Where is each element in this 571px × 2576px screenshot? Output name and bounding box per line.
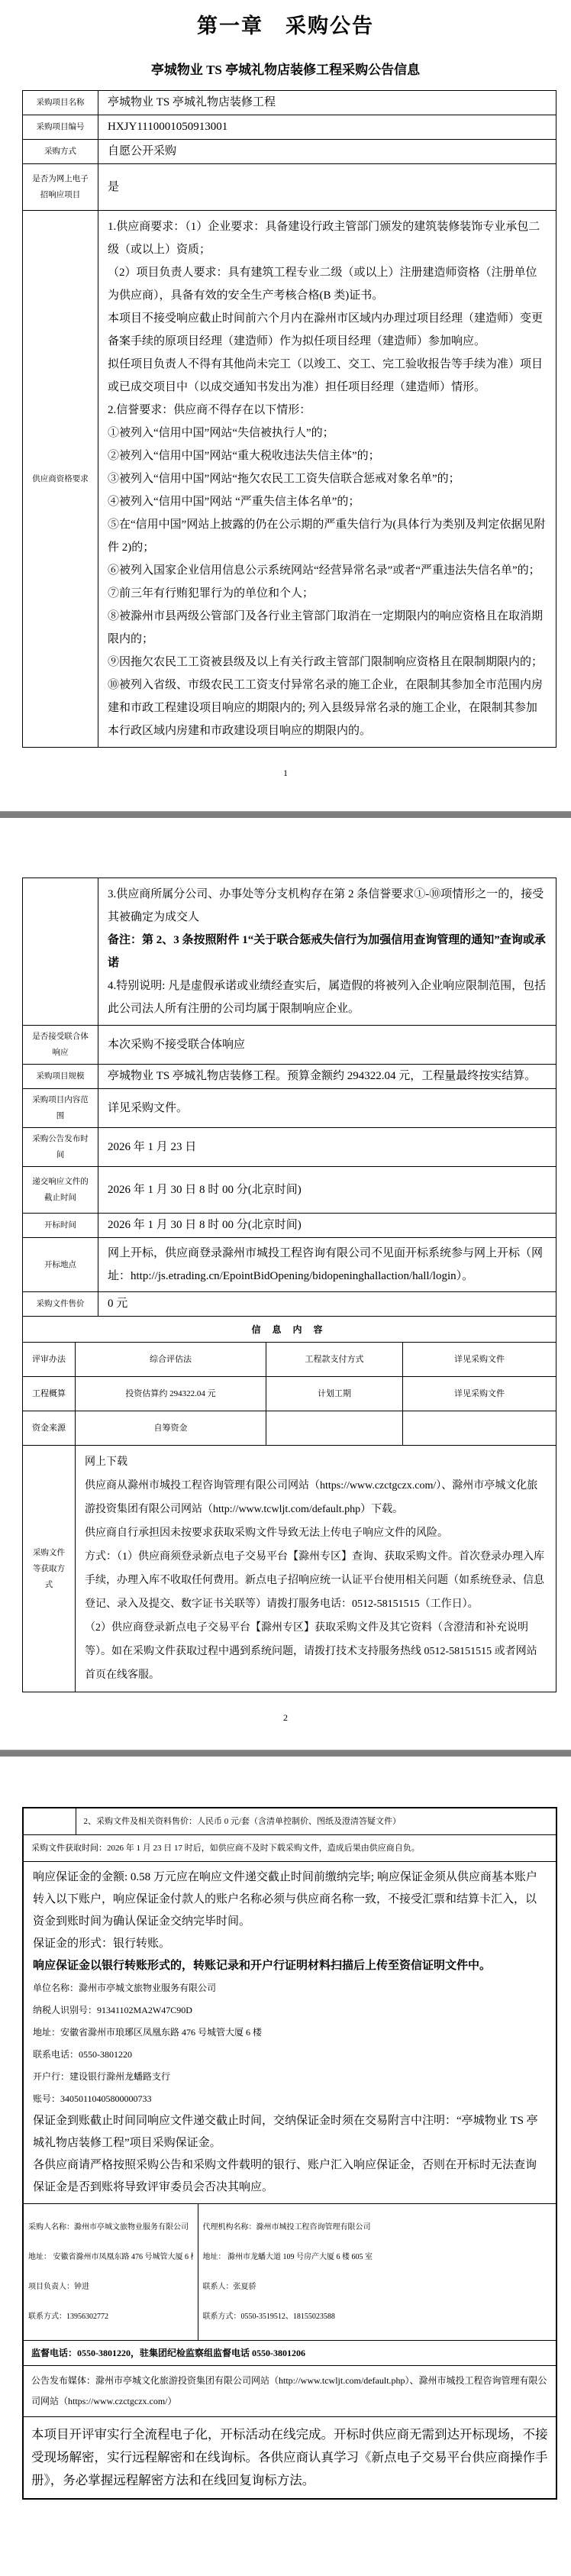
- row-value: HXJY1110001050913001: [98, 115, 556, 140]
- cell-value: 详见采购文件: [403, 1343, 556, 1377]
- row-label: 采购项目名称: [23, 91, 98, 115]
- para-deposit-upload: 响应保证金以银行转账形式的，转账记录和开户行证明材料扫描后上传至资信证明文件中。: [33, 1955, 547, 1977]
- para: ⑨因拖欠农民工工资被县级及以上有关行政主管部门限制响应资格且在限制期限内的；: [108, 651, 547, 674]
- announcement-info-table: 采购项目名称 亭城物业 TS 亭城礼物店装修工程 采购项目编号 HXJY1110…: [22, 90, 556, 748]
- para: （2）项目负责人要求：具有建筑工程专业二级（或以上）注册建造师资格（注册单位为供…: [108, 261, 547, 307]
- para-agency-phone: 联系方式：0550-3519512、18155023588: [203, 2306, 552, 2328]
- row-label: 供应商资格要求: [23, 211, 98, 748]
- para: 拟任项目负责人不得有其他尚未完工（以竣工、交工、完工验收报告等手续为准）项目或已…: [108, 353, 547, 399]
- table-row-project-name: 采购项目名称 亭城物业 TS 亭城礼物店装修工程: [23, 91, 556, 115]
- table-row-fund-source: 资金来源 自筹资金: [23, 1411, 556, 1446]
- table-row-contacts: 采购人名称：滁州市亭城文旅物业服务有限公司 地址： 安徽省滁州市凤凰东路 476…: [23, 2204, 556, 2341]
- para: ①被列入“信用中国”网站“失信被执行人”的；: [108, 422, 547, 444]
- para: 2.信誉要求：供应商不得存在以下情形：: [108, 399, 547, 422]
- row-value: 0 元: [98, 1292, 556, 1317]
- table-row-bid-opening-time: 开标时间 2026 年 1 月 30 日 8 时 00 分(北京时间): [23, 1214, 556, 1238]
- announcement-media: 公告发布媒体：滁州市亭城文化旅游投资集团有限公司网站（http://www.tc…: [23, 2366, 556, 2417]
- table-row-announce-date: 采购公告发布时间 2026 年 1 月 23 日: [23, 1128, 556, 1167]
- purchaser-cell: 采购人名称：滁州市亭城文旅物业服务有限公司 地址： 安徽省滁州市凤凰东路 476…: [23, 2204, 198, 2341]
- row-label: 开标时间: [23, 1214, 98, 1238]
- row-value: 3.供应商所属分公司、办事处等分支机构存在第 2 条信誉要求①-⑩项情形之一的，…: [98, 878, 556, 1026]
- cell-empty: [403, 1411, 556, 1446]
- row-value: 响应保证金的金额: 0.58 万元应在响应文件递交截止时间前缴纳完毕; 响应保证…: [23, 1862, 556, 2204]
- para: 3.供应商所属分公司、办事处等分支机构存在第 2 条信誉要求①-⑩项情形之一的，…: [108, 883, 547, 929]
- agency-cell: 代理机构名称：滁州市城投工程咨询管理有限公司 地址： 滁州市龙蟠大道 109 号…: [198, 2204, 556, 2341]
- table-row-qualification-continued: 3.供应商所属分公司、办事处等分支机构存在第 2 条信誉要求①-⑩项情形之一的，…: [23, 878, 556, 1026]
- table-row-review-method: 评审办法 综合评估法 工程款支付方式 详见采购文件: [23, 1343, 556, 1377]
- row-value: 亭城物业 TS 亭城礼物店装修工程。预算金额约 294322.04 元，工程量最…: [98, 1065, 556, 1089]
- row-label: 开标地点: [23, 1238, 98, 1292]
- table-row-media: 公告发布媒体：滁州市亭城文化旅游投资集团有限公司网站（http://www.tc…: [23, 2366, 556, 2417]
- para-deposit-warning: 各供应商请严格按照采购公告和采购文件载明的银行、账户汇入响应保证金，否则在开标时…: [33, 2154, 547, 2199]
- para-deposit-amount: 响应保证金的金额: 0.58 万元应在响应文件递交截止时间前缴纳完毕; 响应保证…: [33, 1867, 547, 1933]
- table-row-doc-price-detail: 2、采购文件及相关资料售价：人民币 0 元/套（含清单控制价、图纸及澄清答疑文件…: [23, 1808, 556, 1835]
- table-row-submission-deadline: 递交响应文件的截止时间 2026 年 1 月 30 日 8 时 00 分(北京时…: [23, 1167, 556, 1214]
- table-row-project-scale: 采购项目规模 亭城物业 TS 亭城礼物店装修工程。预算金额约 294322.04…: [23, 1065, 556, 1089]
- para: 方式：（1）供应商须登录新点电子交易平台【滁州专区】查询、获取采购文件。首次登录…: [85, 1545, 547, 1616]
- page-1: 第一章 采购公告 亭城物业 TS 亭城礼物店装修工程采购公告信息 采购项目名称 …: [0, 0, 571, 811]
- table-row-online-project: 是否为网上电子招响应项目 是: [23, 164, 556, 211]
- para-taxpayer-id: 纳税人识别号：91341102MA2W47C90D: [33, 1999, 547, 2022]
- row-label: 是否为网上电子招响应项目: [23, 164, 98, 211]
- row-label: 是否接受联合体响应: [23, 1026, 98, 1065]
- row-value: 自愿公开采购: [98, 140, 556, 164]
- table-row-project-number: 采购项目编号 HXJY1110001050913001: [23, 115, 556, 140]
- row-value: 亭城物业 TS 亭城礼物店装修工程: [98, 91, 556, 115]
- para: ④被列入“信用中国”网站 “严重失信主体名单”的；: [108, 490, 547, 513]
- para: （2）供应商登录新点电子交易平台【滁州专区】获取采购文件及其它资料（含澄清和补充…: [85, 1616, 547, 1687]
- chapter-title: 第一章 采购公告: [0, 0, 571, 39]
- row-label-empty: [23, 878, 98, 1026]
- page-separator: [0, 1750, 571, 1757]
- table-row-consortium: 是否接受联合体响应 本次采购不接受联合体响应: [23, 1026, 556, 1065]
- table-row-supplier-qualification: 供应商资格要求 1.供应商要求：（1）企业要求：具备建设行政主管部门颁发的建筑装…: [23, 211, 556, 748]
- row-label: 采购文件等获取方式: [23, 1446, 76, 1692]
- para-bank: 开户行：建设银行滁州龙蟠路支行: [33, 2066, 547, 2088]
- row-label: 递交响应文件的截止时间: [23, 1167, 98, 1214]
- row-label-empty: [23, 1808, 76, 1835]
- para-agency-name: 代理机构名称：滁州市城投工程咨询管理有限公司: [203, 2216, 552, 2238]
- para-phone: 联系电话：0550-3801220: [33, 2044, 547, 2066]
- announcement-table-page3: 2、采购文件及相关资料售价：人民币 0 元/套（含清单控制价、图纸及澄清答疑文件…: [22, 1807, 557, 2500]
- page-number: 2: [0, 1712, 571, 1724]
- row-value: 1.供应商要求：（1）企业要求：具备建设行政主管部门颁发的建筑装修装饰专业承包二…: [98, 211, 556, 748]
- cell-label: 资金来源: [23, 1411, 76, 1446]
- page-number: 1: [0, 768, 571, 779]
- para: ③被列入“信用中国”网站“拖欠农民工工资失信联合惩戒对象名单”的；: [108, 467, 547, 490]
- page-2: 3.供应商所属分公司、办事处等分支机构存在第 2 条信誉要求①-⑩项情形之一的，…: [0, 818, 571, 1750]
- cell-value: 详见采购文件: [403, 1377, 556, 1411]
- para: 1.供应商要求：（1）企业要求：具备建设行政主管部门颁发的建筑装修装饰专业承包二…: [108, 215, 547, 261]
- para-purchaser-manager: 项目负责人：钟进: [28, 2276, 193, 2298]
- table-row-supervision: 监督电话：0550-3801220，驻集团纪检监察组监督电话 0550-3801…: [23, 2341, 556, 2366]
- table-row-doc-acquire-time: 采购文件获取时间：2026 年 1 月 23 日 17 时后，如供应商不及时下载…: [23, 1835, 556, 1862]
- para-purchaser-address: 地址： 安徽省滁州市凤凰东路 476 号城管大厦 6 楼: [28, 2246, 193, 2268]
- para-unit-name: 单位名称：滁州市亭城文旅物业服务有限公司: [33, 1977, 547, 1999]
- row-label: 采购项目规模: [23, 1065, 98, 1089]
- table-row-bid-deposit: 响应保证金的金额: 0.58 万元应在响应文件递交截止时间前缴纳完毕; 响应保证…: [23, 1862, 556, 2204]
- para-deposit-deadline: 保证金到账截止时间同响应文件递交截止时间，交纳保证金时须在交易附言中注明：“亭城…: [33, 2110, 547, 2154]
- page-3: 2、采购文件及相关资料售价：人民币 0 元/套（含清单控制价、图纸及澄清答疑文件…: [0, 1757, 571, 2576]
- para-note: 备注：第 2、3 条按照附件 1“关于联合惩戒失信行为加强信用查询管理的通知”查…: [108, 929, 547, 974]
- para: ⑤在“信用中国”网站上披露的仍在公示期的严重失信行为(具体行为类别及判定依据见附…: [108, 513, 547, 559]
- table-row-project-estimate: 工程概算 投资估算约 294322.04 元 计划工期 详见采购文件: [23, 1377, 556, 1411]
- para-agency-address: 地址： 滁州市龙蟠大道 109 号房产大厦 6 楼 605 室: [203, 2246, 552, 2268]
- row-value: 2026 年 1 月 23 日: [98, 1128, 556, 1167]
- info-section-title: 信 息 内 容: [23, 1317, 556, 1343]
- table-row-doc-price: 采购文件售价 0 元: [23, 1292, 556, 1317]
- para-deposit-form: 保证金的形式：银行转账。: [33, 1933, 547, 1955]
- row-value: 详见采购文件。: [98, 1089, 556, 1128]
- row-label: 采购公告发布时间: [23, 1128, 98, 1167]
- electronic-process-note: 本项目开评审实行全流程电子化，开标活动在线完成。开标时供应商无需到达开标现场，不…: [23, 2417, 556, 2500]
- para-agency-contact: 联系人：张夏骄: [203, 2276, 552, 2298]
- row-label: 采购项目编号: [23, 115, 98, 140]
- cell-label: 计划工期: [266, 1377, 403, 1411]
- row-label: 采购方式: [23, 140, 98, 164]
- cell-value: 综合评估法: [76, 1343, 266, 1377]
- para-account: 账号：34050110405800000733: [33, 2088, 547, 2110]
- row-value: 本次采购不接受联合体响应: [98, 1026, 556, 1065]
- para: ⑦前三年有行贿犯罪行为的单位和个人；: [108, 582, 547, 605]
- table-row-bid-opening-place: 开标地点 网上开标，供应商登录滁州市城投工程咨询有限公司不见面开标系统参与网上开…: [23, 1238, 556, 1292]
- cell-value: 投资估算约 294322.04 元: [76, 1377, 266, 1411]
- para-address: 地址：安徽省滁州市琅琊区凤凰东路 476 号城管大厦 6 楼: [33, 2022, 547, 2044]
- para: ⑧被滁州市县两级公管部门及各行业主管部门取消在一定期限内的响应资格且在取消期限内…: [108, 605, 547, 651]
- para: ⑥被列入国家企业信用信息公示系统网站“经营异常名录”或者“严重违法失信名单”的；: [108, 559, 547, 582]
- cell-empty: [266, 1411, 403, 1446]
- page-separator: [0, 811, 571, 818]
- supervision-phone: 监督电话：0550-3801220，驻集团纪检监察组监督电话 0550-3801…: [23, 2341, 556, 2366]
- table-row-final-note: 本项目开评审实行全流程电子化，开标活动在线完成。开标时供应商无需到达开标现场，不…: [23, 2417, 556, 2500]
- para: 网上下载: [85, 1450, 547, 1474]
- cell-value: 自筹资金: [76, 1411, 266, 1446]
- row-value: 网上开标，供应商登录滁州市城投工程咨询有限公司不见面开标系统参与网上开标（网址：…: [98, 1238, 556, 1292]
- cell-label: 工程概算: [23, 1377, 76, 1411]
- para: ⑩被列入省级、市级农民工工资支付异常名录的施工企业，在限制其参加全市范围内房建和…: [108, 674, 547, 742]
- row-value: 是: [98, 164, 556, 211]
- procurement-announcement-document: 第一章 采购公告 亭城物业 TS 亭城礼物店装修工程采购公告信息 采购项目名称 …: [0, 0, 571, 2576]
- announcement-info-table-continued: 3.供应商所属分公司、办事处等分支机构存在第 2 条信誉要求①-⑩项情形之一的，…: [22, 878, 556, 1317]
- table-row-content-scope: 采购项目内容范围 详见采购文件。: [23, 1089, 556, 1128]
- row-label: 采购项目内容范围: [23, 1089, 98, 1128]
- row-value: 2、采购文件及相关资料售价：人民币 0 元/套（含清单控制价、图纸及澄清答疑文件…: [76, 1808, 556, 1835]
- row-value: 采购文件获取时间：2026 年 1 月 23 日 17 时后，如供应商不及时下载…: [23, 1835, 556, 1862]
- row-value: 2026 年 1 月 30 日 8 时 00 分(北京时间): [98, 1214, 556, 1238]
- para: 供应商从滁州市城投工程咨询管理有限公司网站（https://www.czctgc…: [85, 1474, 547, 1521]
- para-purchaser-name: 采购人名称：滁州市亭城文旅物业服务有限公司: [28, 2216, 193, 2238]
- document-subtitle: 亭城物业 TS 亭城礼物店装修工程采购公告信息: [0, 59, 571, 78]
- cell-label: 评审办法: [23, 1343, 76, 1377]
- cell-label: 工程款支付方式: [266, 1343, 403, 1377]
- table-row-doc-acquisition: 采购文件等获取方式 网上下载 供应商从滁州市城投工程咨询管理有限公司网站（htt…: [23, 1446, 556, 1692]
- table-row-procure-method: 采购方式 自愿公开采购: [23, 140, 556, 164]
- row-value: 2026 年 1 月 30 日 8 时 00 分(北京时间): [98, 1167, 556, 1214]
- para-purchaser-phone: 联系方式：13956302772: [28, 2306, 193, 2328]
- para: 本项目不接受响应截止时间前六个月内在滁州市区域内办理过项目经理（建造师）变更备案…: [108, 307, 547, 353]
- row-value: 网上下载 供应商从滁州市城投工程咨询管理有限公司网站（https://www.c…: [76, 1446, 556, 1692]
- table-row-info-header: 信 息 内 容: [23, 1317, 556, 1343]
- row-label: 采购文件售价: [23, 1292, 98, 1317]
- info-content-table: 信 息 内 容 评审办法 综合评估法 工程款支付方式 详见采购文件 工程概算 投…: [22, 1316, 556, 1692]
- para: 4.特别说明: 凡是虚假承诺或业绩经查实后，属造假的将被列入企业响应限制范围，包…: [108, 974, 547, 1020]
- para: 供应商自行承担因未按要求获取采购文件导致无法上传电子响应文件的风险。: [85, 1521, 547, 1545]
- para: ②被列入“信用中国”网站“重大税收违法失信主体”的；: [108, 444, 547, 467]
